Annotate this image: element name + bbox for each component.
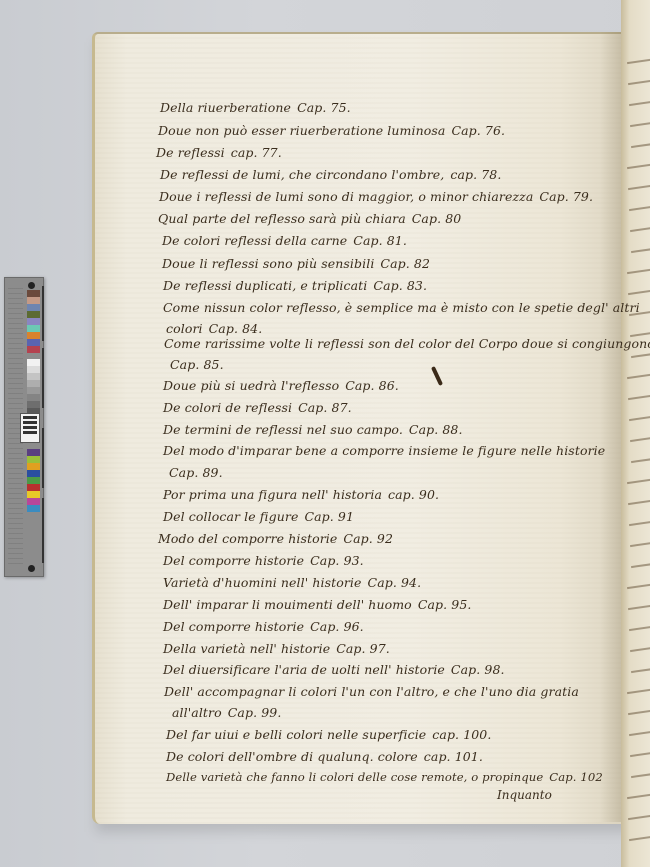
catchword: Inquanto [497,788,552,802]
facing-page-text [631,667,650,673]
color-patch [27,311,40,318]
facing-page-text [627,163,650,169]
entry-line: Come nissun color reflesso, è semplice m… [163,300,646,315]
color-patch [27,380,40,387]
entry-line: Come rarissime volte li reflessi son del… [164,336,650,351]
facing-page-text [628,604,650,610]
color-patch [27,394,40,401]
facing-page-text [627,583,650,589]
facing-page-text [630,646,650,652]
color-patch [27,304,40,311]
facing-page-text [628,184,650,190]
color-calibration-strip [4,277,44,577]
strip-bar [42,348,44,408]
entry-line: Dell' accompagnar li colori l'un con l'a… [164,684,585,699]
facing-page-text [628,79,650,85]
entry-line: Doue più si uedrà l'reflessoCap. 86. [163,378,399,393]
entry-line: Delle varietà che fanno li colori delle … [166,770,603,784]
entry-line: Del far uiui e belli colori nelle superf… [166,727,491,742]
entry-line: De reflessi de lumi, che circondano l'om… [160,167,501,182]
facing-page-text [627,268,650,274]
entry-line: Doue i reflessi de lumi sono di maggior,… [159,189,593,204]
entry-line: Doue non può esser riuerberatione lumino… [158,123,505,138]
color-patch [27,484,40,491]
entry-line: Del diuersificare l'aria de uolti nell' … [163,662,505,677]
facing-page-text [627,58,650,64]
strip-bar [42,286,44,341]
entry-line: Modo del comporre historieCap. 92 [158,531,393,546]
entry-line: De colori de reflessiCap. 87. [163,400,352,415]
color-patch [27,470,40,477]
entry-line: Della varietà nell' historieCap. 97. [163,641,390,656]
color-patch [27,359,40,366]
entry-line: Cap. 89. [163,465,223,480]
color-patch [27,325,40,332]
color-patch [27,366,40,373]
facing-page-text [628,709,650,715]
color-patch [27,449,40,456]
strip-bar [42,428,44,488]
color-patch [27,297,40,304]
color-patch [27,463,40,470]
entry-line: Dell' imparar li mouimenti dell' huomoCa… [163,597,471,612]
facing-page-text [629,625,650,631]
color-patch [27,456,40,463]
facing-page-text [630,751,650,757]
facing-page-text [629,205,650,211]
color-patch [27,387,40,394]
facing-page-text [631,562,650,568]
strip-hole-icon [28,565,35,572]
facing-page-text [630,436,650,442]
facing-page-text [629,835,650,841]
color-patch [27,491,40,498]
facing-page-text [629,730,650,736]
strip-hole-icon [28,282,35,289]
entry-line: Por prima una figura nell' historiacap. … [163,487,439,502]
facing-page-text [628,289,650,295]
facing-page-text [628,394,650,400]
entry-line: coloriCap. 84. [166,321,262,336]
color-patches [27,290,40,512]
facing-page-text [631,352,650,358]
color-patch [27,505,40,512]
facing-page-text [631,457,650,463]
entry-line: De reflessi duplicati, e triplicatiCap. … [163,278,427,293]
facing-page-text [627,373,650,379]
facing-page-text [627,688,650,694]
facing-page-text [630,121,650,127]
facing-page-text [629,100,650,106]
entry-line: all'altroCap. 99. [172,705,281,720]
facing-page-text [629,520,650,526]
facing-page-text [630,226,650,232]
facing-page-text [631,142,650,148]
entry-line: De reflessicap. 77. [156,145,282,160]
color-patch [27,346,40,353]
entry-line: Cap. 85. [164,357,224,372]
color-patch [27,498,40,505]
color-patch [27,477,40,484]
facing-page-text [629,415,650,421]
facing-page-text [631,772,650,778]
color-patch [27,290,40,297]
entry-line: Varietà d'huomini nell' historieCap. 94. [163,575,421,590]
color-patch [27,318,40,325]
entry-line: De colori dell'ombre di qualunq. colorec… [166,749,483,764]
entry-line: Del collocar le figureCap. 91 [163,509,354,524]
color-patch [27,332,40,339]
entry-line: Del comporre historieCap. 96. [163,619,364,634]
strip-label [20,413,40,443]
entry-line: De termini de reflessi nel suo campo.Cap… [163,422,463,437]
page-gutter [600,32,622,822]
color-patch [27,373,40,380]
facing-page [621,0,650,867]
strip-bar [42,498,44,563]
facing-page-text [627,478,650,484]
entry-line: Doue li reflessi sono più sensibiliCap. … [162,256,430,271]
entry-line: Del comporre historieCap. 93. [163,553,364,568]
color-patch [27,339,40,346]
facing-page-text [631,247,650,253]
entry-line: De colori reflessi della carneCap. 81. [162,233,407,248]
facing-page-text [628,814,650,820]
entry-line: Qual parte del reflesso sarà più chiaraC… [158,211,461,226]
entry-line: Del modo d'imparar bene a comporre insie… [163,443,611,458]
facing-page-text [630,541,650,547]
facing-page-text [628,499,650,505]
color-patch [27,401,40,408]
entry-line: Della riuerberationeCap. 75. [160,100,351,115]
facing-page-text [627,793,650,799]
